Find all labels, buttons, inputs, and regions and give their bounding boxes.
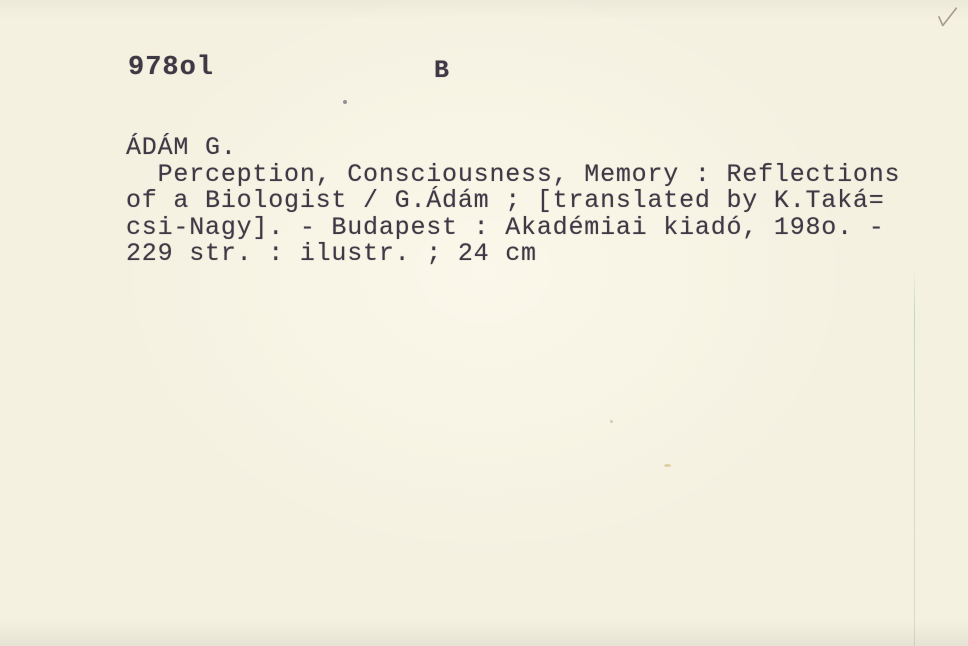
author-heading: ÁDÁM G. [126, 135, 926, 162]
scan-speck [664, 464, 671, 467]
section-letter: B [434, 57, 449, 84]
card-crease [914, 268, 915, 646]
call-number: 978ol [128, 54, 214, 82]
pencil-checkmark-icon [934, 3, 959, 32]
scan-speck [343, 100, 347, 104]
catalog-card: 978ol B ÁDÁM G. Perception, Consciousnes… [0, 0, 968, 646]
scan-speck [610, 420, 613, 423]
entry-line-collation: 229 str. : ilustr. ; 24 cm [126, 241, 926, 268]
entry-line-imprint: csi-Nagy]. - Budapest : Akadémiai kiadó,… [126, 215, 926, 242]
entry-line-statement: of a Biologist / G.Ádám ; [translated by… [126, 188, 926, 215]
catalog-entry: ÁDÁM G. Perception, Consciousness, Memor… [126, 135, 926, 268]
entry-line-title: Perception, Consciousness, Memory : Refl… [126, 162, 926, 189]
